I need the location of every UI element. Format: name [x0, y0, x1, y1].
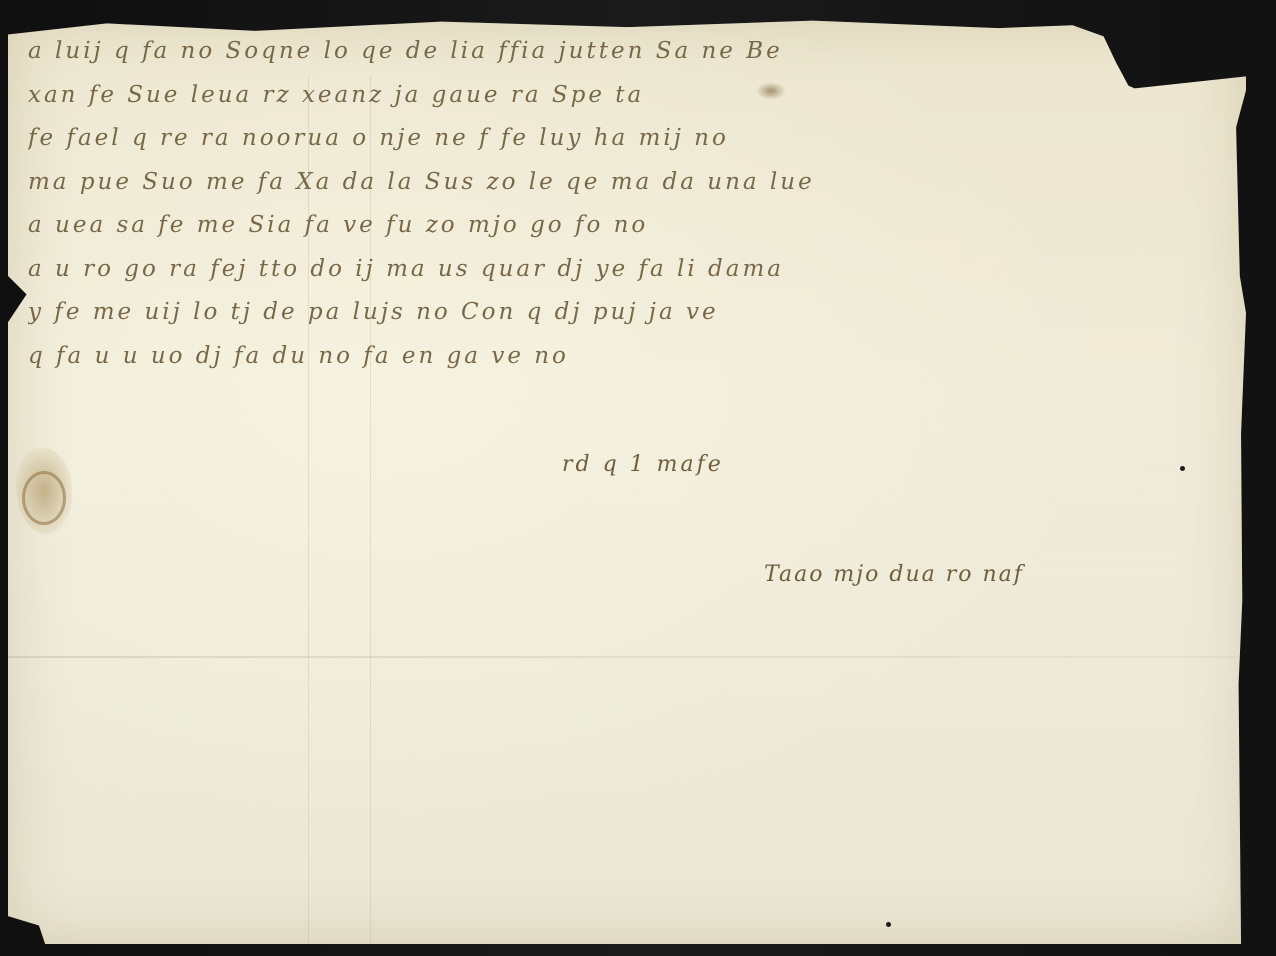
letter-closing: rd q 1 mafe	[562, 452, 724, 477]
handwritten-line: ma pue Suo me fa Xa da la Sus zo le qe m…	[28, 169, 1228, 213]
handwritten-line: a luij q fa no Soqne lo qe de lia ffia j…	[28, 38, 1228, 82]
wax-seal-ring	[22, 471, 66, 525]
handwritten-line: xan fe Sue leua rz xeanz ja gaue ra Spe …	[28, 82, 1228, 126]
handwritten-line: a uea sa fe me Sia fa ve fu zo mjo go fo…	[28, 212, 1228, 256]
handwritten-line: q fa u u uo dj fa du no fa en ga ve no	[28, 343, 1228, 387]
handwritten-line: fe fael q re ra noorua o nje ne f fe luy…	[28, 125, 1228, 169]
letter-body: a luij q fa no Soqne lo qe de lia ffia j…	[28, 38, 1228, 386]
ink-dot	[1180, 466, 1185, 471]
signature: Taao mjo dua ro naf	[764, 562, 1024, 587]
handwritten-line: y fe me uij lo tj de pa lujs no Con q dj…	[28, 299, 1228, 343]
fold-crease-horizontal	[8, 656, 1246, 658]
ink-dot	[886, 922, 891, 927]
handwritten-line: a u ro go ra fej tto do ij ma us quar dj…	[28, 256, 1228, 300]
